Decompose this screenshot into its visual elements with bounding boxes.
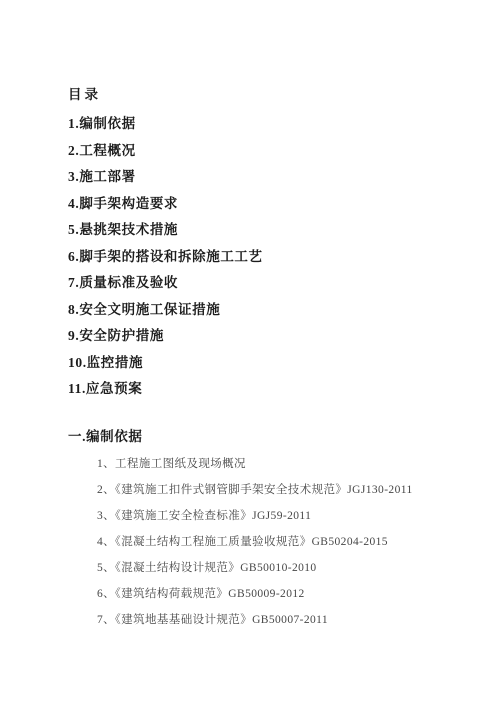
- toc-item: 4.脚手架构造要求: [68, 197, 460, 211]
- toc-item: 3.施工部署: [68, 170, 460, 184]
- section-heading: 一.编制依据: [68, 430, 460, 444]
- reference-item: 1、工程施工图纸及现场概况: [97, 458, 460, 470]
- reference-item: 7、《建筑地基基础设计规范》GB50007-2011: [97, 614, 460, 626]
- reference-item: 2、《建筑施工扣件式钢管脚手架安全技术规范》JGJ130-2011: [97, 484, 460, 496]
- toc-item: 2.工程概况: [68, 144, 460, 158]
- toc-title: 目录: [68, 88, 460, 102]
- reference-item: 4、《混凝土结构工程施工质量验收规范》GB50204-2015: [97, 536, 460, 548]
- toc-item: 1.编制依据: [68, 117, 460, 131]
- toc-item: 7.质量标准及验收: [68, 276, 460, 290]
- reference-item: 3、《建筑施工安全检查标准》JGJ59-2011: [97, 510, 460, 522]
- toc-item: 6.脚手架的搭设和拆除施工工艺: [68, 250, 460, 264]
- toc-item: 5.悬挑架技术措施: [68, 223, 460, 237]
- toc-item: 10.监控措施: [68, 356, 460, 370]
- reference-item: 5、《混凝土结构设计规范》GB50010-2010: [97, 562, 460, 574]
- toc-item: 9.安全防护措施: [68, 329, 460, 343]
- reference-item: 6、《建筑结构荷载规范》GB50009-2012: [97, 588, 460, 600]
- toc-item: 8.安全文明施工保证措施: [68, 303, 460, 317]
- document-page: 目录 1.编制依据 2.工程概况 3.施工部署 4.脚手架构造要求 5.悬挑架技…: [0, 0, 496, 701]
- toc-item: 11.应急预案: [68, 382, 460, 396]
